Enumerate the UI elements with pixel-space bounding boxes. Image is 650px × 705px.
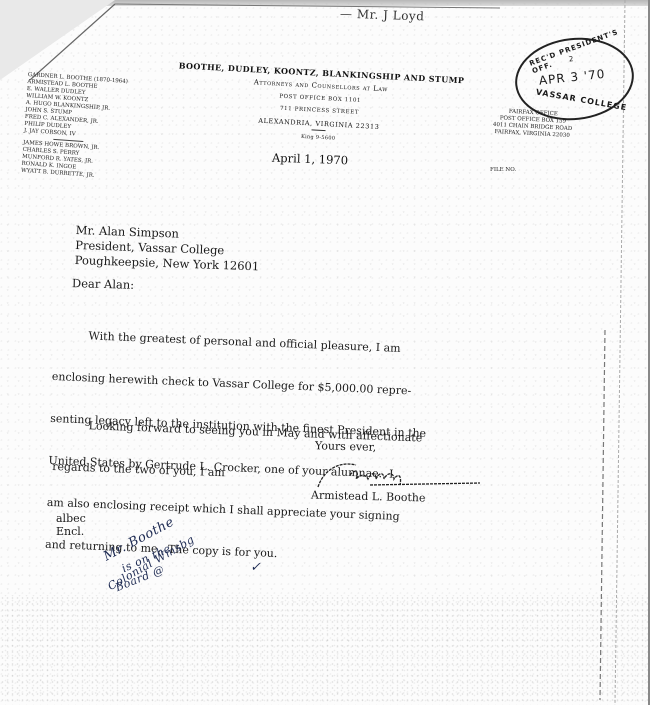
typist-initials: albec (56, 512, 86, 525)
salutation: Dear Alan: (72, 276, 135, 292)
scan-noise (0, 595, 650, 705)
partner-list: Gardner L. Boothe (1870-1964) Armistead … (21, 72, 128, 182)
stamp-number: 2 (569, 55, 574, 63)
body-line: and returning to me. The copy is for you… (45, 538, 565, 573)
stamp-top-text: REC'D PRESIDENT'S OFF. (528, 26, 628, 76)
letterhead: Boothe, Dudley, Koontz, Blankingship and… (168, 60, 471, 149)
enclosure-note: Encl. (56, 525, 86, 538)
file-number-label: File No. (490, 167, 516, 173)
letter-date: April 1, 1970 (272, 151, 349, 168)
top-handwritten-note: — Mr. J Loyd (340, 7, 425, 24)
reference-initials: albec Encl. (56, 512, 86, 538)
letter-page: — Mr. J Loyd Gardner L. Boothe (1870-196… (0, 0, 650, 705)
closing: Yours ever, (315, 439, 377, 454)
recipient-address: Mr. Alan Simpson President, Vassar Colle… (74, 223, 260, 274)
body-line: With the greatest of personal and offici… (53, 328, 573, 363)
stamp-bottom-text: VASSAR COLLEGE (535, 87, 628, 112)
stamp-date: APR 3 '70 (538, 67, 606, 88)
scan-top-edge (0, 0, 650, 6)
branch-office: Fairfax Office Post Office Box 159 4011 … (492, 108, 573, 140)
letterhead-rule (312, 129, 326, 131)
body-line: Looking forward to seeing you in May and… (53, 418, 573, 451)
